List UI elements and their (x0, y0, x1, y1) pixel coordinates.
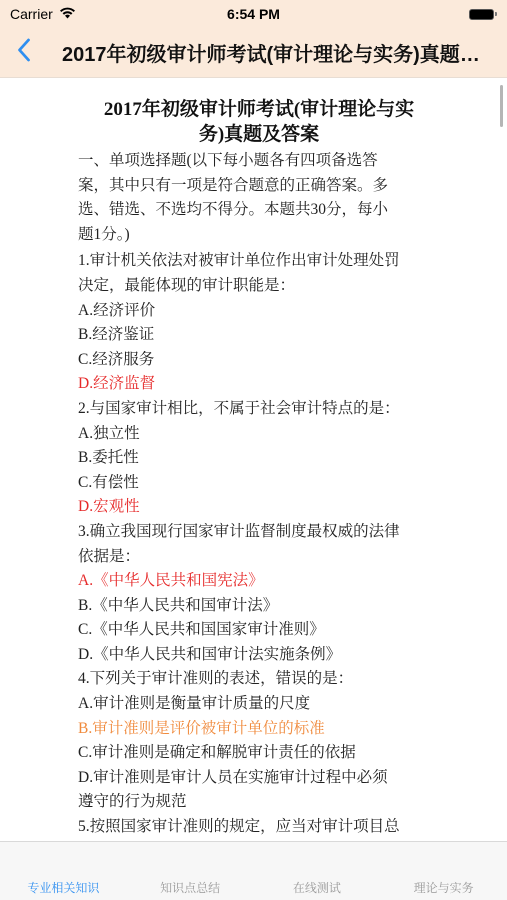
tab-theory-practice[interactable]: 理论与实务 (380, 842, 507, 900)
option-a: A.审计准则是衡量审计质量的尺度 (78, 692, 440, 717)
option-d-answer: D.经济监督 (78, 372, 440, 397)
wifi-icon (59, 6, 76, 22)
question-stem: 3.确立我国现行国家审计监督制度最权威的法律 (78, 520, 440, 545)
option-d-continued: 遵守的行为规范 (78, 790, 440, 815)
question-stem: 1.审计机关依法对被审计单位作出审计处理处罚 (78, 249, 440, 274)
option-c: C.审计准则是确定和解脱审计责任的依据 (78, 741, 440, 766)
question-3: 3.确立我国现行国家审计监督制度最权威的法律 依据是： A.《中华人民共和国宪法… (78, 520, 440, 668)
instruction-line: 题1分。) (78, 223, 440, 248)
carrier-label: Carrier (10, 6, 53, 22)
document-body: 2017年初级审计师考试(审计理论与实 务)真题及答案 一、单项选择题(以下每小… (78, 79, 440, 841)
section-instructions: 一、单项选择题(以下每小题各有四项备选答 案，其中只有一项是符合题意的正确答案。… (78, 149, 440, 247)
tab-professional-knowledge[interactable]: 专业相关知识 (0, 842, 127, 900)
option-a: A.经济评价 (78, 299, 440, 324)
instruction-line: 一、单项选择题(以下每小题各有四项备选答 (78, 149, 440, 174)
option-b-answer: B.审计准则是评价被审计单位的标准 (78, 717, 440, 742)
back-button[interactable] (0, 28, 48, 78)
question-stem: 2.与国家审计相比，不属于社会审计特点的是： (78, 397, 440, 422)
status-time: 6:54 PM (0, 6, 507, 22)
option-b: B.委托性 (78, 446, 440, 471)
status-left: Carrier (10, 6, 76, 22)
status-bar: Carrier 6:54 PM (0, 0, 507, 28)
question-2: 2.与国家审计相比，不属于社会审计特点的是： A.独立性 B.委托性 C.有偿性… (78, 397, 440, 520)
tab-bar: 专业相关知识 知识点总结 在线测试 理论与实务 (0, 841, 507, 900)
document-title-line: 务)真题及答案 (78, 122, 440, 147)
question-stem: 依据是： (78, 545, 440, 570)
question-stem: 决定，最能体现的审计职能是： (78, 274, 440, 299)
option-d: D.审计准则是审计人员在实施审计过程中必须 (78, 766, 440, 791)
tab-knowledge-summary[interactable]: 知识点总结 (127, 842, 254, 900)
option-b: B.经济鉴证 (78, 323, 440, 348)
option-b: B.《中华人民共和国审计法》 (78, 594, 440, 619)
option-d-answer: D.宏观性 (78, 495, 440, 520)
scrollbar[interactable] (500, 85, 503, 127)
option-d: D.《中华人民共和国审计法实施条例》 (78, 643, 440, 668)
instruction-line: 案，其中只有一项是符合题意的正确答案。多 (78, 174, 440, 199)
tab-online-test[interactable]: 在线测试 (254, 842, 381, 900)
question-1: 1.审计机关依法对被审计单位作出审计处理处罚 决定，最能体现的审计职能是： A.… (78, 249, 440, 397)
document-view[interactable]: 2017年初级审计师考试(审计理论与实 务)真题及答案 一、单项选择题(以下每小… (0, 79, 507, 841)
question-5: 5.按照国家审计准则的规定，应当对审计项目总 体质量负责的是： A.审计组成员 (78, 815, 440, 841)
instruction-line: 选、错选、不选均不得分。本题共30分，每小 (78, 198, 440, 223)
option-c: C.《中华人民共和国国家审计准则》 (78, 618, 440, 643)
document-title: 2017年初级审计师考试(审计理论与实 务)真题及答案 (78, 97, 440, 147)
navigation-bar: 2017年初级审计师考试(审计理论与实务)真题及答案 (0, 28, 507, 78)
option-c: C.经济服务 (78, 348, 440, 373)
option-a-answer: A.《中华人民共和国宪法》 (78, 569, 440, 594)
question-4: 4.下列关于审计准则的表述，错误的是： A.审计准则是衡量审计质量的尺度 B.审… (78, 667, 440, 815)
option-a: A.独立性 (78, 422, 440, 447)
page-title: 2017年初级审计师考试(审计理论与实务)真题及答案 (48, 38, 507, 67)
battery-icon (469, 9, 497, 20)
chevron-left-icon (17, 38, 31, 67)
question-stem: 4.下列关于审计准则的表述，错误的是： (78, 667, 440, 692)
option-c: C.有偿性 (78, 471, 440, 496)
document-title-line: 2017年初级审计师考试(审计理论与实 (78, 97, 440, 122)
question-stem: 5.按照国家审计准则的规定，应当对审计项目总 (78, 815, 440, 840)
